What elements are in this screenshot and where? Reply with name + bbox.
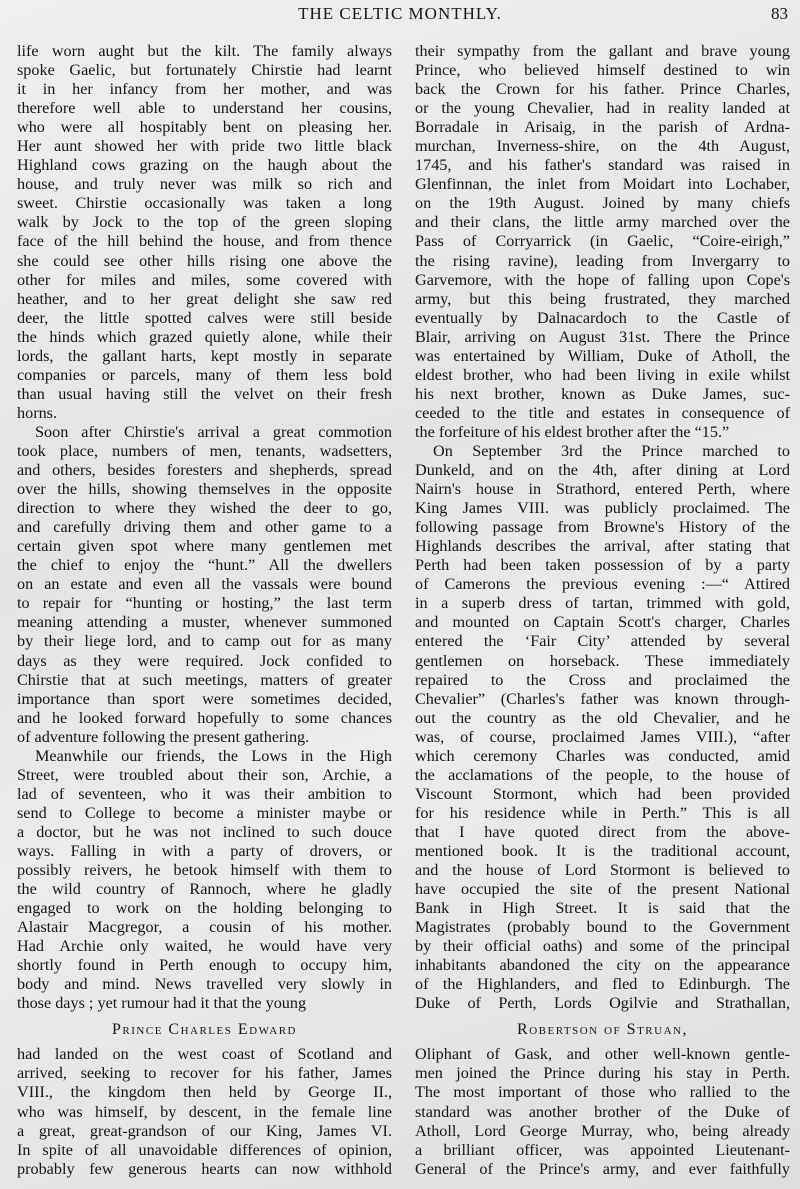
text-line: heather, and to her great delight she sa… [17, 290, 392, 309]
text-line: days as they were required. Jock confide… [17, 652, 392, 671]
text-line: out the country as the old Chevalier, an… [415, 709, 790, 728]
text-line: Highland cows grazing on the haugh about… [17, 156, 392, 175]
text-line: and mounted on Captain Scott's charger, … [415, 613, 790, 632]
text-line: companies or parcels, many of them less … [17, 366, 392, 385]
text-line: gentlemen on horseback. These immediatel… [415, 652, 790, 671]
text-line: house, and truly never was milk so rich … [17, 175, 392, 194]
text-line: lad of seventeen, who it was their ambit… [17, 785, 392, 804]
left-column: life worn aught but the kilt. The family… [17, 42, 392, 1179]
text-line: certain given spot where many gentlemen … [17, 537, 392, 556]
text-line: meaning attending a muster, whenever sum… [17, 613, 392, 632]
text-line: lords, the gallant harts, kept mostly in… [17, 347, 392, 366]
running-head-title: THE CELTIC MONTHLY. [0, 2, 800, 26]
text-line: arrived, seeking to recover for his fath… [17, 1064, 392, 1083]
text-line: who were all hospitably bent on pleasing… [17, 118, 392, 137]
text-line: murchan, Inverness-shire, on the 4th Aug… [415, 137, 790, 156]
text-line: Nairn's house in Strathord, entered Pert… [415, 480, 790, 499]
text-line: Magistrates (probably bound to the Gover… [415, 918, 790, 937]
text-line: Prince, who believed himself destined to… [415, 61, 790, 80]
text-line: Oliphant of Gask, and other well-known g… [415, 1045, 790, 1064]
text-line: importance than sport were sometimes dec… [17, 690, 392, 709]
text-line: in a superb dress of tartan, trimmed wit… [415, 594, 790, 613]
text-line: which ceremony Charles was conducted, am… [415, 747, 790, 766]
text-line: Street, were troubled about their son, A… [17, 766, 392, 785]
text-line: therefore well able to understand her co… [17, 99, 392, 118]
text-line: horns. [17, 404, 392, 423]
text-line: Soon after Chirstie's arrival a great co… [17, 423, 392, 442]
text-line: have occupied the site of the present Na… [415, 880, 790, 899]
text-line: walk by Jock to the top of the green slo… [17, 213, 392, 232]
text-line: Pass of Corryarrick (in Gaelic, “Coire-e… [415, 232, 790, 251]
text-line: In spite of all unavoidable differences … [17, 1141, 392, 1160]
section-subheading: Prince Charles Edward [17, 1013, 392, 1045]
text-line: shortly found in Perth enough to occupy … [17, 956, 392, 975]
text-line: mentioned book. It is the traditional ac… [415, 842, 790, 861]
text-line: other for miles and miles, some covered … [17, 271, 392, 290]
section-subheading: Robertson of Struan, [415, 1013, 790, 1045]
text-line: she could see other hills rising one abo… [17, 252, 392, 271]
text-line: a brilliant officer, was appointed Lieut… [415, 1141, 790, 1160]
text-line: by their official oaths) and some of the… [415, 937, 790, 956]
text-line: that I have quoted direct from the above… [415, 823, 790, 842]
text-line: than usual having still the velvet on th… [17, 385, 392, 404]
text-line: Perth had been taken possession of by a … [415, 556, 790, 575]
text-line: 1745, and his father's standard was rais… [415, 156, 790, 175]
text-line: the acclamations of the people, to the h… [415, 766, 790, 785]
text-line: Garvemore, with the hope of falling upon… [415, 271, 790, 290]
text-line: by their liege lord, and to camp out for… [17, 632, 392, 651]
text-line: inhabitants abandoned the city on the ap… [415, 956, 790, 975]
text-line: took place, numbers of men, tenants, wad… [17, 442, 392, 461]
text-line: ceeded to the title and estates in conse… [415, 404, 790, 423]
text-line: Blair, arriving on August 31st. There th… [415, 328, 790, 347]
magazine-page: THE CELTIC MONTHLY. 83 life worn aught b… [0, 0, 800, 1189]
text-line: Highlands describes the arrival, after s… [415, 537, 790, 556]
text-line: had landed on the west coast of Scotland… [17, 1045, 392, 1064]
text-line: was entertained by William, Duke of Atho… [415, 347, 790, 366]
text-line: The most important of those who rallied … [415, 1083, 790, 1102]
text-line: to repair for “hunting or hosting,” the … [17, 594, 392, 613]
text-line: men joined the Prince during his stay in… [415, 1064, 790, 1083]
text-line: on an estate and even all the vassals we… [17, 575, 392, 594]
text-line: VIII., the kingdom then held by George I… [17, 1083, 392, 1102]
text-line: On September 3rd the Prince marched to [415, 442, 790, 461]
text-line: it in her infancy from her mother, and w… [17, 80, 392, 99]
text-line: Her aunt showed her with pride two littl… [17, 137, 392, 156]
text-line: for his residence while in Perth.” This … [415, 804, 790, 823]
text-line: army, but this being frustrated, they ma… [415, 290, 790, 309]
text-line: standard was another brother of the Duke… [415, 1103, 790, 1122]
text-line: a great, great-grandson of our King, Jam… [17, 1122, 392, 1141]
text-line: body and mind. News travelled very slowl… [17, 975, 392, 994]
text-line: and others, besides foresters and shephe… [17, 461, 392, 480]
text-line: of adventure following the present gathe… [17, 728, 392, 747]
text-line: and their clans, the little army marched… [415, 213, 790, 232]
text-line: and carefully driving them and other gam… [17, 518, 392, 537]
text-line: King James VIII. was publicly proclaimed… [415, 499, 790, 518]
text-line: his next brother, known as Duke James, s… [415, 385, 790, 404]
text-line: eldest brother, who had been living in e… [415, 366, 790, 385]
text-line: a doctor, but he was not inclined to suc… [17, 823, 392, 842]
text-line: the rising ravine), leading from Inverga… [415, 252, 790, 271]
text-line: Dunkeld, and on the 4th, after dining at… [415, 461, 790, 480]
text-line: and he looked forward hopefully to some … [17, 709, 392, 728]
text-line: life worn aught but the kilt. The family… [17, 42, 392, 61]
page-number: 83 [771, 2, 788, 26]
text-line: the forfeiture of his eldest brother aft… [415, 423, 790, 442]
text-line: Borradale in Arisaig, in the parish of A… [415, 118, 790, 137]
text-line: those days ; yet rumour had it that the … [17, 994, 392, 1013]
text-line: possibly reivers, he betook himself with… [17, 861, 392, 880]
text-line: the wild country of Rannoch, where he gl… [17, 880, 392, 899]
text-line: of Camerons the previous evening :—“ Att… [415, 575, 790, 594]
text-line: eventually by Dalnacardoch to the Castle… [415, 309, 790, 328]
text-line: over the hills, showing themselves in th… [17, 480, 392, 499]
text-line: Bank in High Street. It is said that the [415, 899, 790, 918]
text-line: spoke Gaelic, but fortunately Chirstie h… [17, 61, 392, 80]
text-line: back the Crown for his father. Prince Ch… [415, 80, 790, 99]
text-line: repaired to the Cross and proclaimed the [415, 671, 790, 690]
text-line: Viscount Stormont, which had been provid… [415, 785, 790, 804]
text-line: General of the Prince's army, and ever f… [415, 1160, 790, 1179]
text-line: probably few generous hearts can now wit… [17, 1160, 392, 1179]
text-line: the hinds which grazed quietly alone, wh… [17, 328, 392, 347]
text-line: Atholl, Lord George Murray, who, being a… [415, 1122, 790, 1141]
text-line: deer, the little spotted calves were sti… [17, 309, 392, 328]
text-line: Chirstie that at such meetings, matters … [17, 671, 392, 690]
text-line: of the Highlanders, and fled to Edinburg… [415, 975, 790, 994]
text-line: engaged to work on the holding belonging… [17, 899, 392, 918]
text-line: entered the ‘Fair City’ attended by seve… [415, 632, 790, 651]
text-line: send to College to become a minister may… [17, 804, 392, 823]
text-line: or the young Chevalier, had in reality l… [415, 99, 790, 118]
text-line: was, of course, proclaimed James VIII.),… [415, 728, 790, 747]
text-line: Duke of Perth, Lords Ogilvie and Stratha… [415, 994, 790, 1013]
text-line: the chief to enjoy the “hunt.” All the d… [17, 556, 392, 575]
text-line: following passage from Browne's History … [415, 518, 790, 537]
right-column: their sympathy from the gallant and brav… [415, 42, 790, 1179]
text-line: Had Archie only waited, he would have ve… [17, 937, 392, 956]
text-line: sweet. Chirstie occasionally was taken a… [17, 194, 392, 213]
text-line: their sympathy from the gallant and brav… [415, 42, 790, 61]
text-line: direction to where they wished the deer … [17, 499, 392, 518]
text-line: on the 19th August. Joined by many chief… [415, 194, 790, 213]
text-line: Alastair Macgregor, a cousin of his moth… [17, 918, 392, 937]
text-line: who was himself, by descent, in the fema… [17, 1103, 392, 1122]
text-line: and the house of Lord Stormont is believ… [415, 861, 790, 880]
text-line: Meanwhile our friends, the Lows in the H… [17, 747, 392, 766]
text-line: ways. Falling in with a party of drovers… [17, 842, 392, 861]
text-line: face of the hill behind the house, and f… [17, 232, 392, 251]
text-line: Glenfinnan, the inlet from Moidart into … [415, 175, 790, 194]
text-line: Chevalier” (Charles's father was known t… [415, 690, 790, 709]
